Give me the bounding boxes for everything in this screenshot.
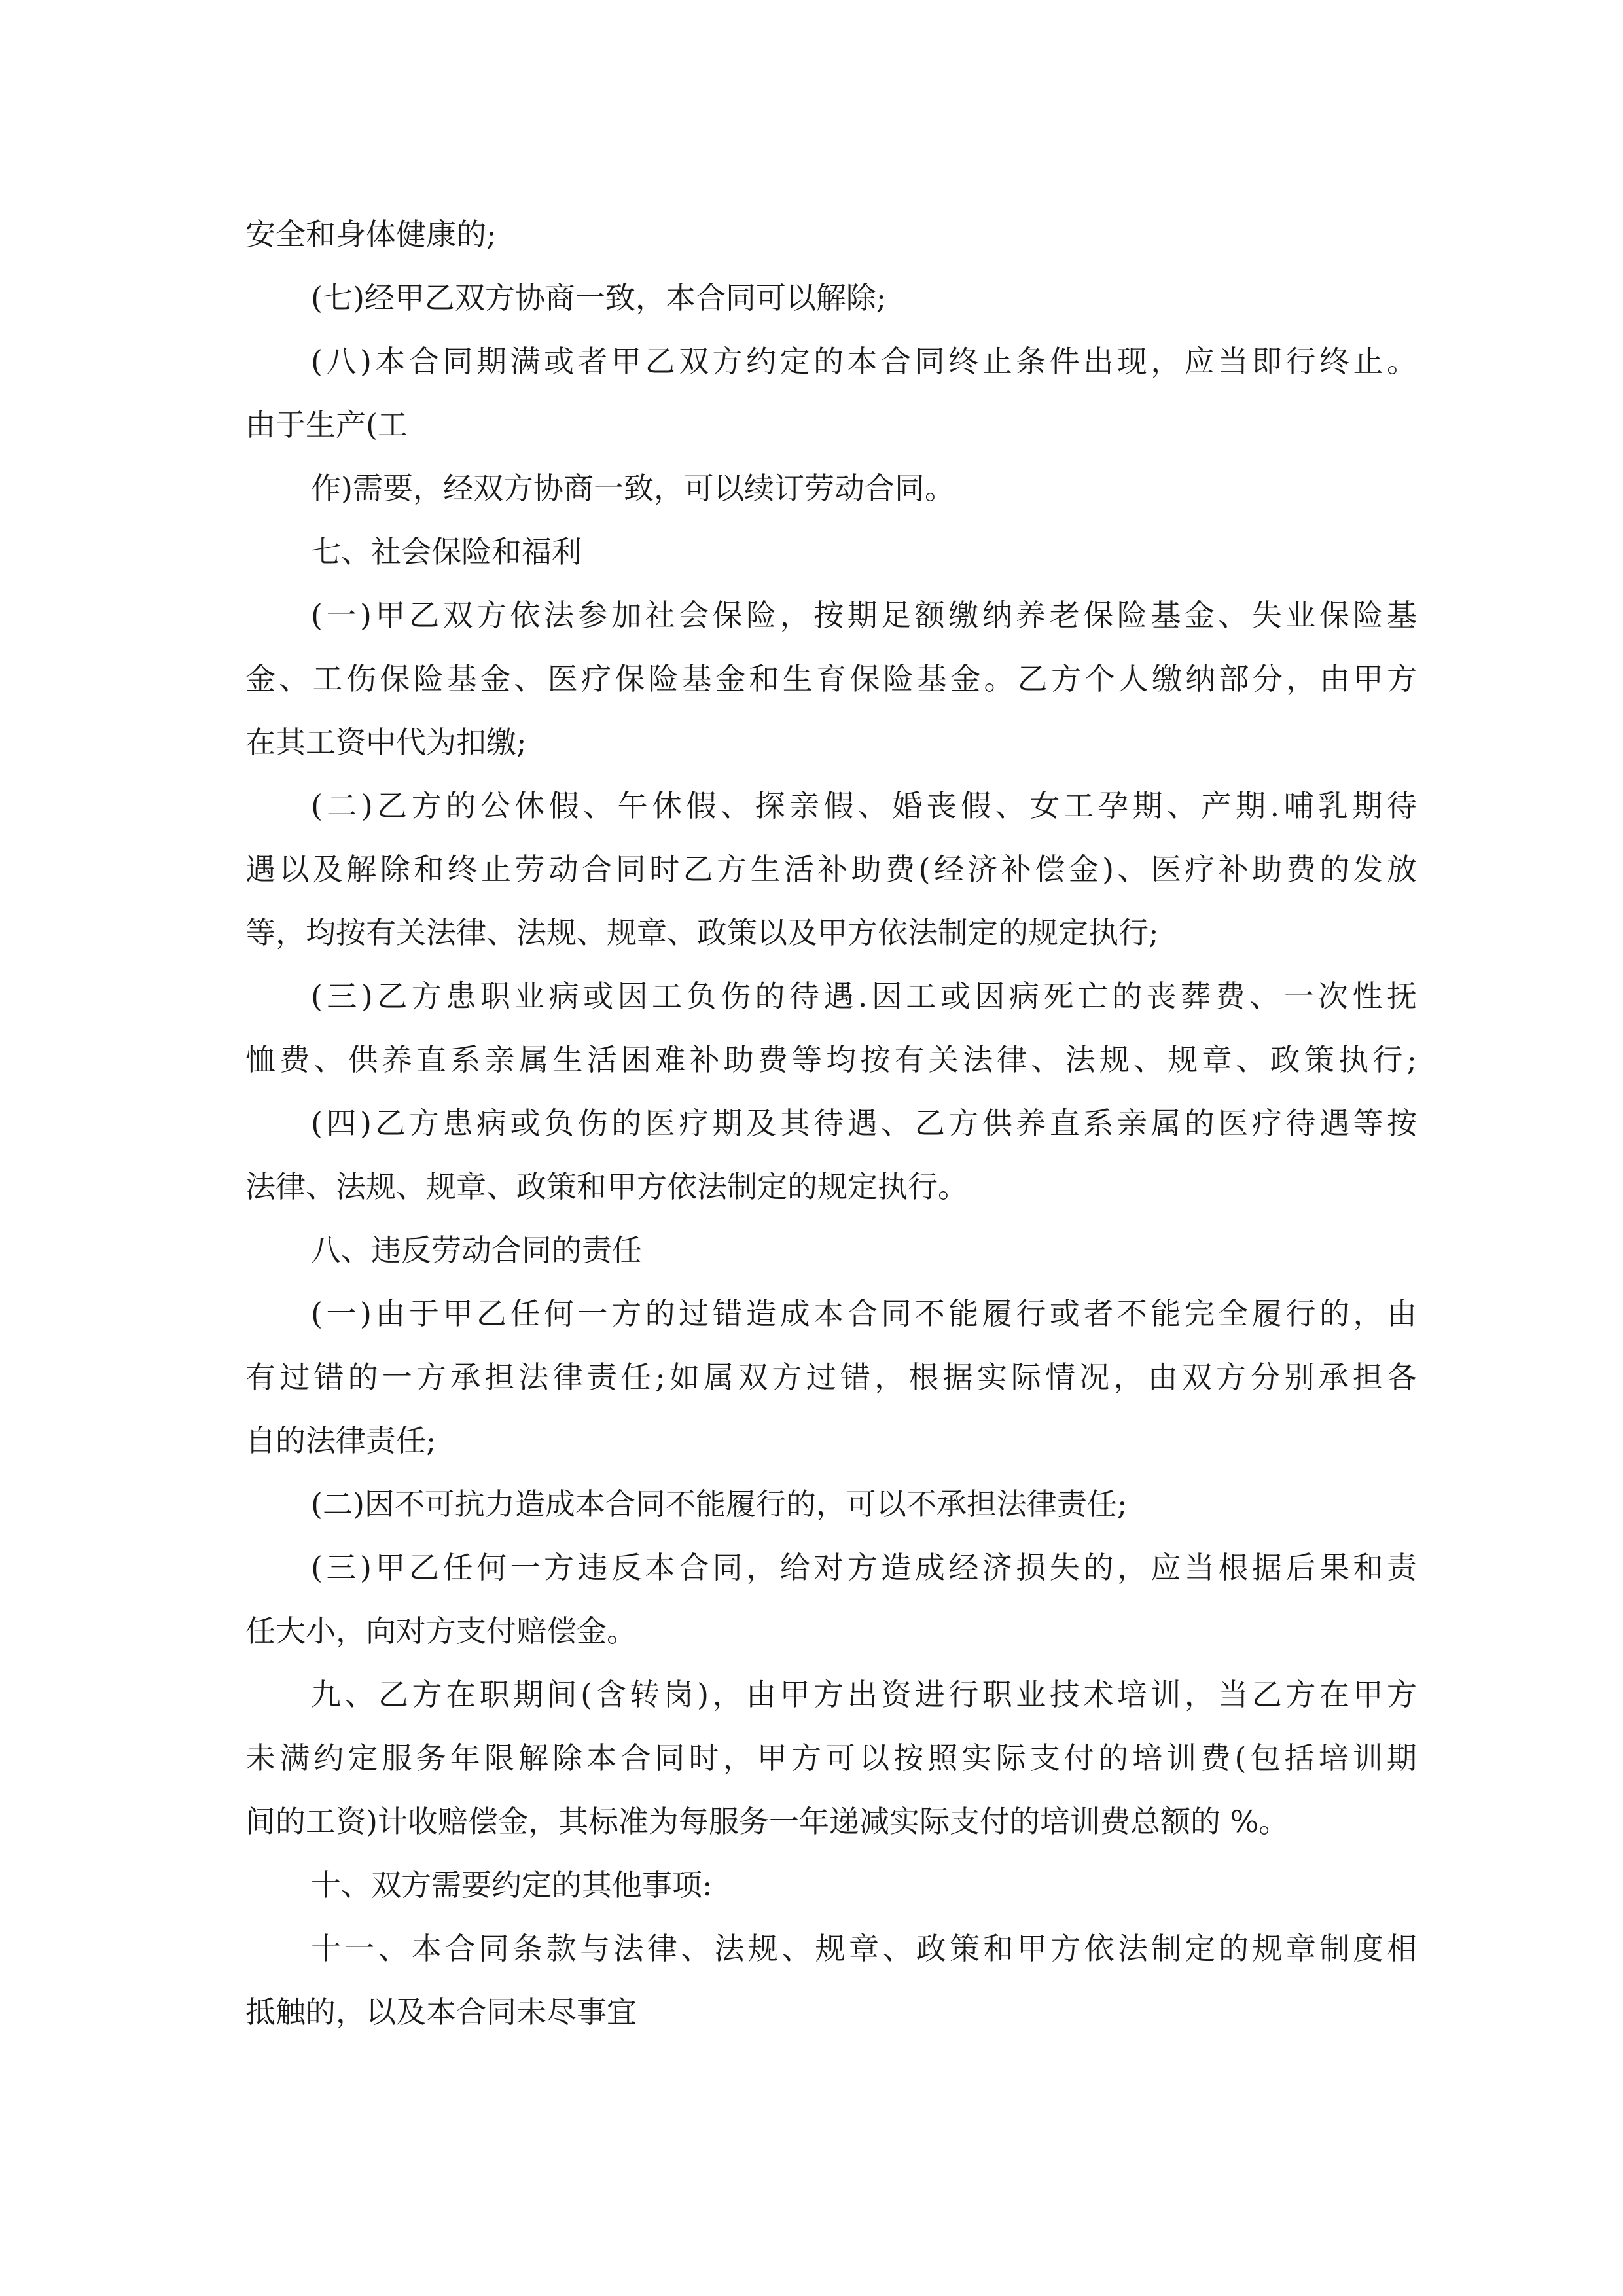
text-line: 恤费、供养直系亲属生活困难补助费等均按有关法律、法规、规章、政策执行; bbox=[245, 1028, 1417, 1092]
section-heading: 九、乙方在职期间(含转岗)，由甲方出资进行职业技术培训，当乙方在甲方 bbox=[245, 1663, 1417, 1727]
text-line: 作)需要，经双方协商一致，可以续订劳动合同。 bbox=[245, 457, 1417, 520]
section-heading: 十、双方需要约定的其他事项: bbox=[245, 1854, 1417, 1917]
text-line: 金、工伤保险基金、医疗保险基金和生育保险基金。乙方个人缴纳部分，由甲方 bbox=[245, 647, 1417, 711]
text-line: (一)甲乙双方依法参加社会保险，按期足额缴纳养老保险基金、失业保险基 bbox=[245, 584, 1417, 647]
text-line: 未满约定服务年限解除本合同时，甲方可以按照实际支付的培训费(包括培训期 bbox=[245, 1727, 1417, 1790]
text-line: (三)甲乙任何一方违反本合同，给对方造成经济损失的，应当根据后果和责 bbox=[245, 1536, 1417, 1600]
text-line: 等，均按有关法律、法规、规章、政策以及甲方依法制定的规定执行; bbox=[245, 901, 1417, 965]
text-line: (四)乙方患病或负伤的医疗期及其待遇、乙方供养直系亲属的医疗待遇等按 bbox=[245, 1092, 1417, 1155]
text-line: 法律、法规、规章、政策和甲方依法制定的规定执行。 bbox=[245, 1155, 1417, 1219]
section-heading: 十一、本合同条款与法律、法规、规章、政策和甲方依法制定的规章制度相 bbox=[245, 1917, 1417, 1981]
text-line: (七)经甲乙双方协商一致，本合同可以解除; bbox=[245, 266, 1417, 330]
section-heading: 八、违反劳动合同的责任 bbox=[245, 1219, 1417, 1282]
document-page: 安全和身体健康的; (七)经甲乙双方协商一致，本合同可以解除; (八)本合同期满… bbox=[245, 203, 1417, 2044]
text-line: (一)由于甲乙任何一方的过错造成本合同不能履行或者不能完全履行的，由 bbox=[245, 1282, 1417, 1346]
text-line: 遇以及解除和终止劳动合同时乙方生活补助费(经济补偿金)、医疗补助费的发放 bbox=[245, 838, 1417, 901]
text-line: (三)乙方患职业病或因工负伤的待遇.因工或因病死亡的丧葬费、一次性抚 bbox=[245, 965, 1417, 1028]
section-heading: 七、社会保险和福利 bbox=[245, 520, 1417, 584]
text-line: 安全和身体健康的; bbox=[245, 203, 1417, 266]
text-line: 在其工资中代为扣缴; bbox=[245, 711, 1417, 774]
text-line: 抵触的，以及本合同未尽事宜 bbox=[245, 1981, 1417, 2044]
text-line: 间的工资)计收赔偿金，其标准为每服务一年递减实际支付的培训费总额的 %。 bbox=[245, 1790, 1417, 1854]
text-line: (八)本合同期满或者甲乙双方约定的本合同终止条件出现，应当即行终止。 bbox=[245, 330, 1417, 393]
text-line: (二)因不可抗力造成本合同不能履行的，可以不承担法律责任; bbox=[245, 1473, 1417, 1536]
text-line: (二)乙方的公休假、午休假、探亲假、婚丧假、女工孕期、产期.哺乳期待 bbox=[245, 774, 1417, 838]
text-line: 任大小，向对方支付赔偿金。 bbox=[245, 1600, 1417, 1663]
text-line: 有过错的一方承担法律责任;如属双方过错，根据实际情况，由双方分别承担各 bbox=[245, 1346, 1417, 1409]
text-line: 自的法律责任; bbox=[245, 1409, 1417, 1473]
text-line: 由于生产(工 bbox=[245, 393, 1417, 457]
